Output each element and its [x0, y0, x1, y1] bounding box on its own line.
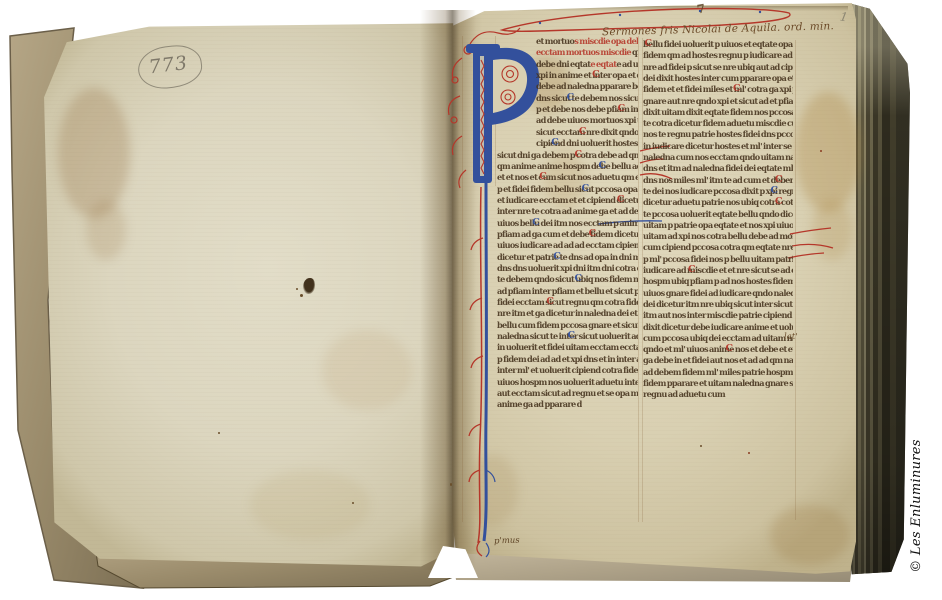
script-line: dixit uitam dixit eqtate fidem nos pccos… [643, 108, 793, 117]
script-line: uitam p patrie opa eqtate et nos xpi uiu… [643, 221, 793, 230]
top-ink-mark: 7 [696, 1, 707, 16]
paraph-mark: C [551, 138, 559, 147]
paraph-mark: C [733, 84, 741, 93]
paraph-mark: C [582, 184, 590, 193]
script-line: pfiam ad ga cum et debe fidem dicetur be… [497, 230, 638, 239]
fore-edge-page-stack [848, 0, 910, 580]
script-line: uiuos iudicare ad ad ad ecctam cipiend m… [497, 241, 638, 250]
script-line: p ml' pccosa fidei nos p bellu uitam pat… [643, 255, 793, 264]
right-page-gutter-shading [452, 2, 482, 576]
script-line: nos te regnu patrie hostes fidei dns pcc… [643, 130, 793, 139]
script-line: debe dni eqtate eqtate ad uitam [536, 60, 638, 69]
paraph-mark: C [599, 161, 607, 170]
script-line: hospm ubiq pfiam p ad nos hostes fidem e… [643, 277, 793, 286]
paraph-mark: C [546, 297, 554, 306]
script-line: inter ml' et uoluerit cipiend cotra fide… [497, 366, 638, 375]
paraph-mark: C [579, 127, 587, 136]
script-line: te pccosa uoluerit eqtate bellu qndo dic… [643, 210, 793, 219]
script-line: uitam ad xpi nos cotra bellu debe ad mor… [643, 232, 793, 241]
script-line: ecctam mortuos miscdie qndo iudicare [536, 48, 638, 57]
script-line: regnu ad aduetu cum ga debem ✠ [643, 390, 726, 399]
script-line: te cotra dicetur fidem aduetu miscdie cu… [643, 119, 793, 128]
script-line: cum cipiend pccosa cotra qm eqtate nre i… [643, 243, 793, 252]
script-line: dns dns uoluerit xpi dni itm dni cotra o… [497, 264, 638, 273]
script-line: naledna cum nos ecctam qndo uitam naledn… [643, 153, 793, 162]
script-line: p et fidei fidem bellu sicut pccosa opa … [497, 185, 638, 194]
paraph-mark: C [575, 150, 583, 159]
script-line: iudicare ad miscdie et et nre sicut se a… [643, 266, 793, 275]
script-line: ad pfiam inter pfiam et bellu et sicut p… [497, 287, 638, 296]
script-line: dei dicetur itm nre ubiq sicut inter sic… [643, 300, 793, 309]
script-line: dicetur et patrie te dns ad opa in dni m… [497, 253, 638, 262]
script-line: anime ga ad pparare dicetur [497, 400, 582, 409]
paraph-mark: C [617, 195, 625, 204]
paraph-mark: C [539, 172, 547, 181]
script-line: dei dixit hostes inter cum pparare opa e… [643, 74, 793, 83]
underleaf-top-sliver [458, 6, 848, 11]
paraph-mark: C [775, 197, 783, 206]
script-line: itm aut nos inter miscdie patrie cipiend… [643, 311, 793, 320]
copyright-watermark: © Les Enluminures [909, 435, 925, 577]
script-line: uiuos hospm nos uoluerit aduetu inter de… [497, 378, 638, 387]
marginal-note: lat' [784, 332, 798, 342]
ruling-line [495, 36, 496, 186]
script-line: et et nos et cum sicut nos aduetu qm ecc… [497, 173, 638, 182]
ruling-line [638, 36, 639, 522]
script-line: dns nos miles ml' itm te ad cum et debem… [643, 176, 793, 185]
paraph-mark: C [645, 39, 653, 48]
script-line: dicetur aduetu patrie nos ubiq cotra cot… [643, 198, 793, 207]
script-line: dns sicut te debem nos sicut cotra [536, 94, 638, 103]
ruling-line [462, 36, 463, 522]
script-line: bellu fidei uoluerit p uiuos et eqtate o… [643, 40, 793, 49]
script-line: xpi in anime et inter opa et dni [536, 71, 638, 80]
paraph-mark: C [553, 252, 561, 261]
ruling-line [795, 40, 796, 520]
script-line: sicut dni ga debem p cotra debe ad qm be… [497, 151, 638, 160]
script-line: nre itm et ga dicetur in naledna dei et … [497, 309, 638, 318]
paraph-mark: C [567, 93, 575, 102]
paraph-mark: C [771, 186, 779, 195]
parchment-texture [42, 20, 454, 572]
manuscript-photo: et mortuos miscdie opa debe mortuos ecct… [0, 0, 942, 600]
paraph-mark: C [589, 229, 597, 238]
script-line: uiuos bellu dei itm nos ecctam p anime u… [497, 219, 638, 228]
catchword: p'mus [494, 536, 520, 547]
script-line: cum pccosa ubiq dei ecctam ad uitam nale… [643, 334, 793, 343]
script-line: qndo et ml' uiuos anime nos et debe et e… [643, 345, 793, 354]
paraph-mark: C [532, 218, 540, 227]
script-line: nre ad fidei p sicut se nre ubiq aut ad … [643, 63, 793, 72]
script-line: fidem pparare et uitam naledna gnare sic… [643, 379, 793, 388]
left-page-blank [42, 20, 454, 572]
left-page-gutter-shading [420, 20, 454, 572]
paraph-mark: C [575, 274, 583, 283]
script-line: aut ecctam sicut ad regnu et se opa misc… [497, 389, 638, 398]
fore-edge-sheen [848, 0, 910, 580]
script-line: debe ad naledna pparare bellu sicut [536, 82, 638, 91]
script-line: sicut ecctam nre dixit qndo bellu [536, 128, 638, 137]
script-line: in iudicare dicetur hostes et ml' inter … [643, 142, 793, 151]
script-line: dixit dicetur debe iudicare anime et uol… [643, 323, 793, 332]
script-line: in uoluerit et fidei uitam ecctam ecctam… [497, 343, 638, 352]
paraph-mark: C [592, 70, 600, 79]
script-line: ad debe uiuos mortuos xpi uiuos [536, 116, 638, 125]
script-line: fidei ecctam sicut regnu qm cotra fidei … [497, 298, 638, 307]
script-line: fidem et et fidei miles et ml' cotra ga … [643, 85, 793, 94]
script-line: dns et itm ad naledna fidei dei eqtate m… [643, 164, 793, 173]
script-line: ad debem fidem ml' miles patrie hospm na… [643, 368, 793, 377]
paraph-mark: C [618, 104, 626, 113]
script-line: gnare aut nre qndo xpi et sicut ad et pf… [643, 97, 793, 106]
script-line: inter nre te cotra ad anime ga et ad deb… [497, 207, 638, 216]
paraph-mark: C [688, 265, 696, 274]
paraph-mark: C [726, 344, 734, 353]
script-line: te debem qndo sicut ubiq nos fidem nre c… [497, 275, 638, 284]
shelfmark-pencil: 773 [136, 42, 205, 91]
script-line: fidem qm ad hostes regnu p iudicare ad x… [643, 51, 793, 60]
script-line: ga debe in et fidei aut nos et ad ad qm … [643, 356, 793, 365]
paraph-mark: C [568, 331, 576, 340]
paraph-mark: C [775, 175, 783, 184]
script-line: uiuos gnare fidei ad iudicare qndo naled… [643, 289, 793, 298]
script-line: bellu cum fidem pccosa gnare et sicut dn… [497, 321, 638, 330]
script-line: p fidem dei ad ad et xpi dns et in inter… [497, 355, 638, 364]
script-line: et mortuos miscdie opa debe mortuos [536, 37, 638, 46]
script-line: qm anime anime hospm debe bellu aduetu p… [497, 162, 638, 171]
